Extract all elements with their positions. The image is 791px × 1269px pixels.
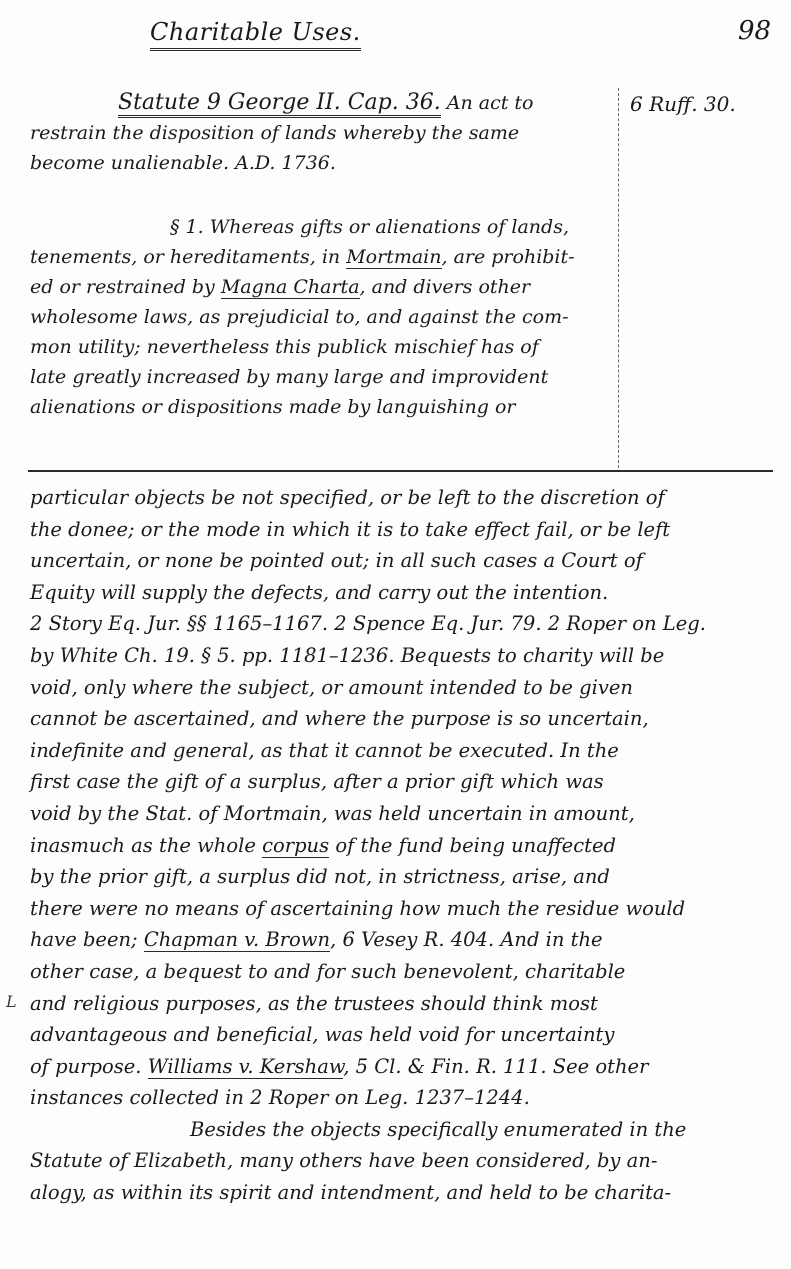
manuscript-page: Charitable Uses. 98 6 Ruff. 30. Statute …	[0, 0, 791, 1269]
text-line: restrain the disposition of lands whereb…	[30, 118, 615, 148]
text-line: the donee; or the mode in which it is to…	[30, 514, 775, 546]
section-one-text: § 1. Whereas gifts or alienations of lan…	[30, 212, 615, 422]
text-line: by the prior gift, a surplus did not, in…	[30, 861, 775, 893]
text-line: of purpose. Williams v. Kershaw, 5 Cl. &…	[30, 1051, 775, 1083]
text-line: first case the gift of a surplus, after …	[30, 766, 775, 798]
text-line: other case, a bequest to and for such be…	[30, 956, 775, 988]
text-line: 2 Story Eq. Jur. §§ 1165–1167. 2 Spence …	[30, 608, 775, 640]
underlined-term: Mortmain	[346, 246, 441, 269]
text-line: ed or restrained by Magna Charta, and di…	[30, 272, 615, 302]
statute-heading-tail: An act to	[441, 92, 534, 114]
statute-heading: Statute 9 George II. Cap. 36.	[118, 90, 441, 118]
margin-citation: 6 Ruff. 30.	[630, 92, 736, 116]
text-line: have been; Chapman v. Brown, 6 Vesey R. …	[30, 924, 775, 956]
text-line: alogy, as within its spirit and intendme…	[30, 1177, 775, 1209]
text-line: particular objects be not specified, or …	[30, 482, 775, 514]
text-line: there were no means of ascertaining how …	[30, 893, 775, 925]
statute-heading-line: Statute 9 George II. Cap. 36. An act to	[30, 88, 615, 118]
page-number: 98	[738, 16, 771, 46]
underlined-term: Williams v. Kershaw	[148, 1055, 344, 1079]
underlined-term: corpus	[262, 834, 329, 858]
text-line: cannot be ascertained, and where the pur…	[30, 703, 775, 735]
underlined-term: Chapman v. Brown	[144, 928, 330, 952]
statute-section: Statute 9 George II. Cap. 36. An act to …	[30, 88, 615, 422]
underlined-term: Magna Charta	[221, 276, 360, 299]
text-line: Statute of Elizabeth, many others have b…	[30, 1145, 775, 1177]
text-line: inasmuch as the whole corpus of the fund…	[30, 830, 775, 862]
text-line: § 1. Whereas gifts or alienations of lan…	[30, 212, 615, 242]
text-line: void, only where the subject, or amount …	[30, 672, 775, 704]
text-line: void by the Stat. of Mortmain, was held …	[30, 798, 775, 830]
text-line: alienations or dispositions made by lang…	[30, 392, 615, 422]
margin-mark: L	[6, 992, 17, 1011]
text-line: by White Ch. 19. § 5. pp. 1181–1236. Beq…	[30, 640, 775, 672]
text-line: Besides the objects specifically enumera…	[30, 1114, 775, 1146]
text-line: tenements, or hereditaments, in Mortmain…	[30, 242, 615, 272]
text-line: uncertain, or none be pointed out; in al…	[30, 545, 775, 577]
running-title: Charitable Uses.	[150, 18, 361, 51]
text-line: advantageous and beneficial, was held vo…	[30, 1019, 775, 1051]
text-line: late greatly increased by many large and…	[30, 362, 615, 392]
text-line: and religious purposes, as the trustees …	[30, 988, 775, 1020]
margin-rule	[618, 88, 619, 468]
text-line: wholesome laws, as prejudicial to, and a…	[30, 302, 615, 332]
text-line: mon utility; nevertheless this publick m…	[30, 332, 615, 362]
section-divider	[28, 470, 773, 472]
text-line: become unalienable. A.D. 1736.	[30, 148, 615, 178]
commentary-text: particular objects be not specified, or …	[30, 482, 775, 1209]
text-line: Equity will supply the defects, and carr…	[30, 577, 775, 609]
text-line: indefinite and general, as that it canno…	[30, 735, 775, 767]
text-line: instances collected in 2 Roper on Leg. 1…	[30, 1082, 775, 1114]
